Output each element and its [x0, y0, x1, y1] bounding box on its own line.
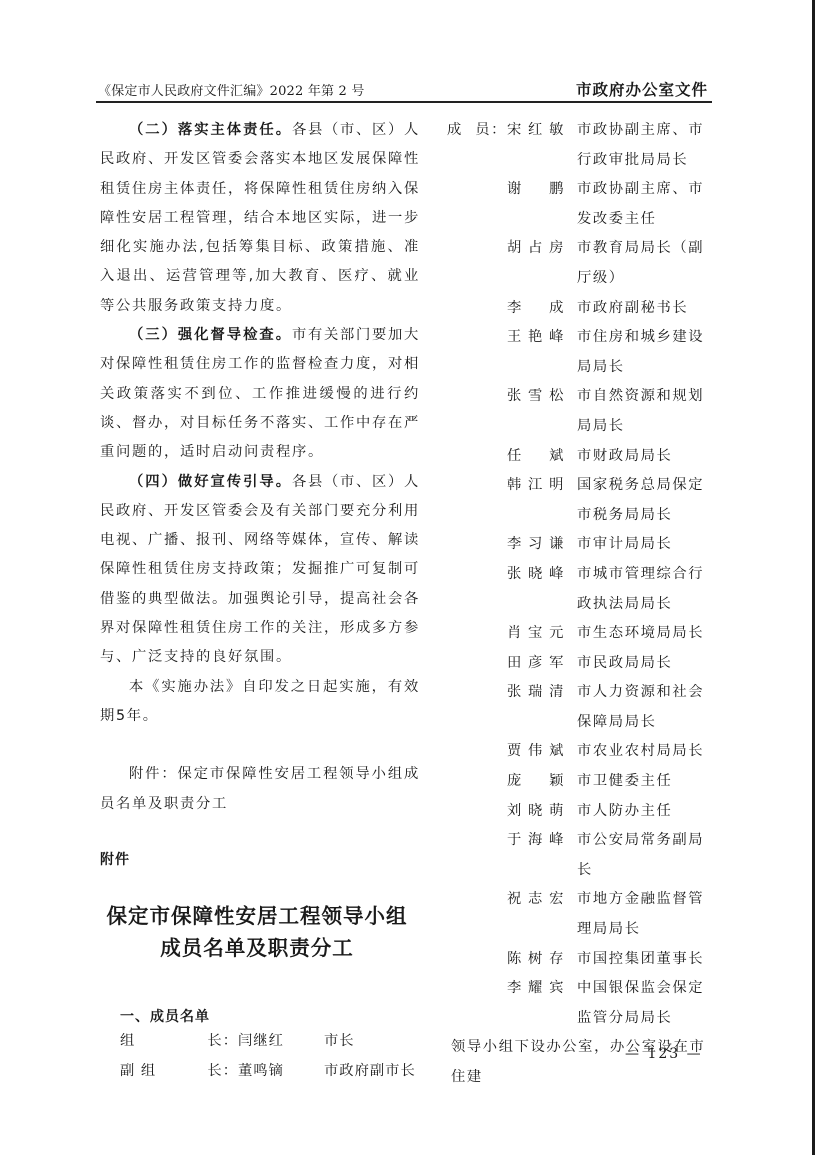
- member-name: 谢 鹏: [507, 175, 565, 234]
- member-title: 市住房和城乡建设局局长: [577, 323, 717, 382]
- member-row: 张瑞清市人力资源和社会保障局局长: [447, 678, 717, 737]
- member-title: 市政府副秘书长: [577, 294, 717, 324]
- paragraph-body: 各县（市、区）人民政府、开发区管委会落实本地区发展保障性租赁住房主体责任，将保障…: [100, 122, 420, 314]
- person-title: 市政府副市长: [324, 1057, 416, 1086]
- member-row: 胡占房市教育局局长（副厅级）: [447, 234, 717, 293]
- person-title: 市长: [324, 1027, 355, 1056]
- member-title: 市财政局局长: [577, 442, 717, 472]
- role-label: 组长：: [120, 1027, 238, 1056]
- member-role-label: [447, 530, 507, 560]
- member-list: 成员：宋红敏市政协副主席、市行政审批局局长谢 鹏市政协副主席、市发改委主任胡占房…: [447, 116, 717, 1033]
- paragraph-lead: （四）做好宣传引导。: [129, 474, 292, 490]
- person-name: 董鸣镝: [238, 1057, 324, 1086]
- member-name: 任 斌: [507, 442, 565, 472]
- member-name: 田彦军: [507, 649, 565, 679]
- page-number: — 123 —: [625, 1046, 703, 1062]
- member-role-label: [447, 234, 507, 293]
- member-name: 刘晓萌: [507, 797, 565, 827]
- member-role-label: [447, 560, 507, 619]
- paragraph-supervision: （三）强化督导检查。市有关部门要加大对保障性租赁住房工作的监督检查力度，对相关政…: [100, 321, 420, 467]
- leader-row: 组长： 闫继红 市长: [100, 1027, 420, 1056]
- member-row: 张晓峰市城市管理综合行政执法局局长: [447, 560, 717, 619]
- member-role-label: [447, 767, 507, 797]
- title-line-2: 成员名单及职责分工: [92, 932, 422, 964]
- member-title: 市公安局常务副局长: [577, 826, 717, 885]
- role-label-b: 长：: [207, 1057, 238, 1086]
- header-rule: [96, 101, 712, 103]
- member-name: 贾伟斌: [507, 737, 565, 767]
- member-name: 胡占房: [507, 234, 565, 293]
- member-name: 李耀宾: [507, 974, 565, 1033]
- member-role-label: [447, 826, 507, 885]
- member-title: 市教育局局长（副厅级）: [577, 234, 717, 293]
- member-title: 中国银保监会保定监管分局局长: [577, 974, 717, 1033]
- paragraph-body: 各县（市、区）人民政府、开发区管委会及有关部门要充分利用电视、广播、报刊、网络等…: [100, 474, 420, 666]
- scan-edge: [812, 0, 815, 1155]
- right-column: 成员：宋红敏市政协副主席、市行政审批局局长谢 鹏市政协副主席、市发改委主任胡占房…: [447, 116, 717, 1093]
- member-name: 王艳峰: [507, 323, 565, 382]
- member-name: 李习谦: [507, 530, 565, 560]
- member-name: 宋红敏: [507, 116, 565, 175]
- member-role-label: [447, 323, 507, 382]
- member-role-label: [447, 382, 507, 441]
- member-title: 市卫健委主任: [577, 767, 717, 797]
- member-role-label: [447, 945, 507, 975]
- role-label-a: 组: [120, 1027, 135, 1056]
- member-row: 韩江明国家税务总局保定市税务局局长: [447, 471, 717, 530]
- role-label-a: 成: [447, 116, 463, 175]
- person-name: 闫继红: [238, 1027, 324, 1056]
- member-role-label: [447, 175, 507, 234]
- member-role-label: 成员：: [447, 116, 507, 175]
- member-row: 于海峰市公安局常务副局长: [447, 826, 717, 885]
- member-title: 市人防办主任: [577, 797, 717, 827]
- member-title: 市地方金融监督管理局局长: [577, 885, 717, 944]
- left-column: （二）落实主体责任。各县（市、区）人民政府、开发区管委会落实本地区发展保障性租赁…: [100, 116, 420, 1086]
- role-label-b: 员：: [475, 116, 507, 175]
- member-role-label: [447, 471, 507, 530]
- member-role-label: [447, 885, 507, 944]
- member-row: 李习谦市审计局局长: [447, 530, 717, 560]
- member-title: 市政协副主席、市发改委主任: [577, 175, 717, 234]
- title-line-1: 保定市保障性安居工程领导小组: [92, 900, 422, 932]
- member-row: 李耀宾中国银保监会保定监管分局局长: [447, 974, 717, 1033]
- member-name: 于海峰: [507, 826, 565, 885]
- member-row: 成员：宋红敏市政协副主席、市行政审批局局长: [447, 116, 717, 175]
- member-name: 张晓峰: [507, 560, 565, 619]
- attachment-title: 保定市保障性安居工程领导小组 成员名单及职责分工: [92, 900, 422, 964]
- member-role-label: [447, 737, 507, 767]
- member-title: 市审计局局长: [577, 530, 717, 560]
- member-name: 张雪松: [507, 382, 565, 441]
- member-role-label: [447, 619, 507, 649]
- paragraph-lead: （三）强化督导检查。: [129, 327, 292, 343]
- member-name: 李 成: [507, 294, 565, 324]
- member-row: 祝志宏市地方金融监督管理局局长: [447, 885, 717, 944]
- member-title: 市农业农村局局长: [577, 737, 717, 767]
- role-label-a: 副 组: [120, 1057, 156, 1086]
- office-setup-line: 领导小组下设办公室，办公室设在市住建: [451, 1033, 721, 1092]
- member-row: 肖宝元市生态环境局局长: [447, 619, 717, 649]
- member-role-label: [447, 797, 507, 827]
- member-role-label: [447, 649, 507, 679]
- member-name: 陈树存: [507, 945, 565, 975]
- member-role-label: [447, 442, 507, 472]
- member-row: 刘晓萌市人防办主任: [447, 797, 717, 827]
- section-heading-members: 一、成员名单: [100, 1006, 420, 1026]
- attachment-note: 附件：保定市保障性安居工程领导小组成员名单及职责分工: [100, 760, 420, 819]
- member-title: 市自然资源和规划局局长: [577, 382, 717, 441]
- member-row: 贾伟斌市农业农村局局长: [447, 737, 717, 767]
- member-role-label: [447, 294, 507, 324]
- role-label: 副 组长：: [120, 1057, 238, 1086]
- section-label: 市政府办公室文件: [576, 78, 708, 100]
- attachment-label: 附件: [100, 849, 420, 869]
- member-name: 张瑞清: [507, 678, 565, 737]
- member-title: 市人力资源和社会保障局局长: [577, 678, 717, 737]
- member-row: 庞 颖市卫健委主任: [447, 767, 717, 797]
- member-role-label: [447, 678, 507, 737]
- member-name: 肖宝元: [507, 619, 565, 649]
- role-label-b: 长：: [207, 1027, 238, 1056]
- member-name: 祝志宏: [507, 885, 565, 944]
- member-title: 国家税务总局保定市税务局局长: [577, 471, 717, 530]
- deputy-leader-row: 副 组长： 董鸣镝 市政府副市长: [100, 1057, 420, 1086]
- member-row: 李 成市政府副秘书长: [447, 294, 717, 324]
- member-row: 王艳峰市住房和城乡建设局局长: [447, 323, 717, 382]
- running-header: 《保定市人民政府文件汇编》2022 年第 2 号 市政府办公室文件: [98, 78, 708, 102]
- member-role-label: [447, 974, 507, 1033]
- publication-title: 《保定市人民政府文件汇编》2022 年第 2 号: [98, 80, 365, 99]
- paragraph-effective-date: 本《实施办法》自印发之日起实施，有效期5年。: [100, 673, 420, 732]
- member-row: 陈树存市国控集团董事长: [447, 945, 717, 975]
- member-name: 韩江明: [507, 471, 565, 530]
- member-title: 市生态环境局局长: [577, 619, 717, 649]
- member-row: 任 斌市财政局局长: [447, 442, 717, 472]
- member-row: 田彦军市民政局局长: [447, 649, 717, 679]
- member-row: 张雪松市自然资源和规划局局长: [447, 382, 717, 441]
- paragraph-lead: （二）落实主体责任。: [129, 122, 292, 138]
- member-title: 市国控集团董事长: [577, 945, 717, 975]
- member-title: 市民政局局长: [577, 649, 717, 679]
- paragraph-publicity: （四）做好宣传引导。各县（市、区）人民政府、开发区管委会及有关部门要充分利用电视…: [100, 468, 420, 673]
- member-name: 庞 颖: [507, 767, 565, 797]
- member-title: 市城市管理综合行政执法局局长: [577, 560, 717, 619]
- member-row: 谢 鹏市政协副主席、市发改委主任: [447, 175, 717, 234]
- paragraph-implementation-responsibility: （二）落实主体责任。各县（市、区）人民政府、开发区管委会落实本地区发展保障性租赁…: [100, 116, 420, 321]
- member-title: 市政协副主席、市行政审批局局长: [577, 116, 717, 175]
- paragraph-body: 市有关部门要加大对保障性租赁住房工作的监督检查力度，对相关政策落实不到位、工作推…: [100, 327, 420, 460]
